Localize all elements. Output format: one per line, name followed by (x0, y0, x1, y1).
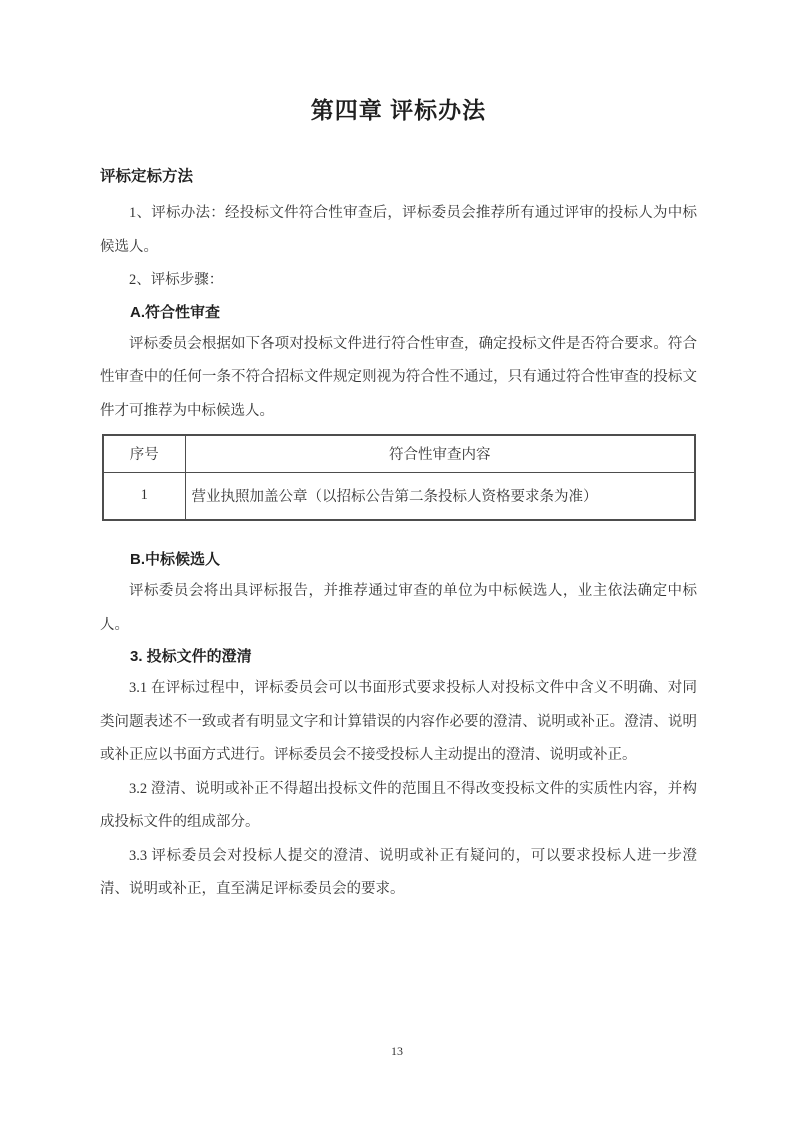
paragraph-method-2: 2、评标步骤： (100, 264, 697, 298)
heading-section-b-winning-candidates: B.中标候选人 (100, 545, 697, 575)
table-header-review-content: 符合性审查内容 (185, 435, 695, 472)
table-cell-serial-number: 1 (103, 472, 185, 520)
table-header-row: 序号 符合性审查内容 (103, 435, 695, 472)
document-page: 第四章 评标办法 评标定标方法 1、评标办法：经投标文件符合性审查后，评标委员会… (0, 0, 794, 1123)
paragraph-compliance-review: 评标委员会根据如下各项对投标文件进行符合性审查，确定投标文件是否符合要求。符合性… (100, 328, 697, 429)
paragraph-method-1: 1、评标办法：经投标文件符合性审查后，评标委员会推荐所有通过评审的投标人为中标候… (100, 197, 697, 264)
heading-section-a-compliance-review: A.符合性审查 (100, 298, 697, 328)
heading-evaluation-method: 评标定标方法 (100, 165, 697, 189)
table-row: 1 营业执照加盖公章（以招标公告第二条投标人资格要求条为准） (103, 472, 695, 520)
page-number: 13 (0, 1044, 794, 1059)
compliance-review-table: 序号 符合性审查内容 1 营业执照加盖公章（以招标公告第二条投标人资格要求条为准… (102, 434, 696, 521)
table-cell-review-content: 营业执照加盖公章（以招标公告第二条投标人资格要求条为准） (185, 472, 695, 520)
paragraph-clarification-3-3: 3.3 评标委员会对投标人提交的澄清、说明或补正有疑问的，可以要求投标人进一步澄… (100, 840, 697, 907)
chapter-title: 第四章 评标办法 (100, 92, 697, 125)
paragraph-winning-candidates: 评标委员会将出具评标报告，并推荐通过审查的单位为中标候选人，业主依法确定中标人。 (100, 575, 697, 642)
heading-section-3-bid-clarification: 3. 投标文件的澄清 (100, 642, 697, 672)
paragraph-clarification-3-1: 3.1 在评标过程中，评标委员会可以书面形式要求投标人对投标文件中含义不明确、对… (100, 672, 697, 773)
paragraph-clarification-3-2: 3.2 澄清、说明或补正不得超出投标文件的范围且不得改变投标文件的实质性内容，并… (100, 773, 697, 840)
table-header-serial-number: 序号 (103, 435, 185, 472)
spacer (100, 521, 697, 545)
